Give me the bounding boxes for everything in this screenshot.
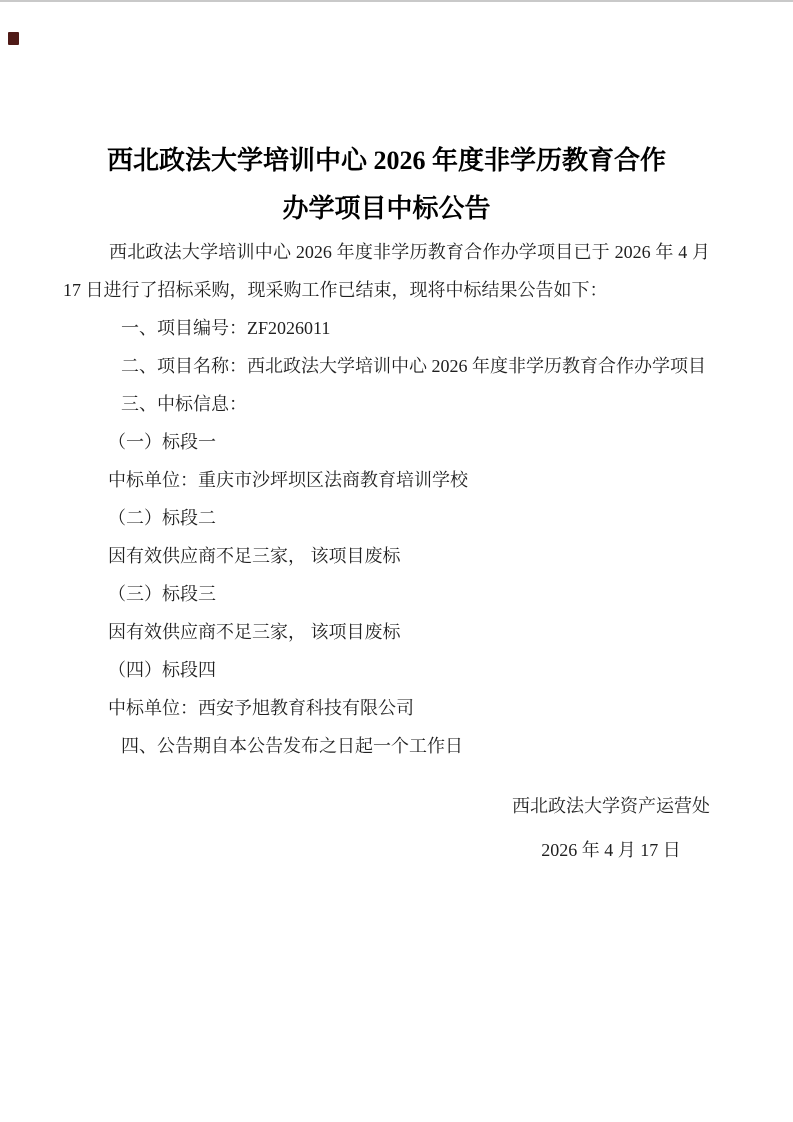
line-bid-info-heading: 三、中标信息： <box>63 385 710 423</box>
signature-organization: 西北政法大学资产运营处 <box>512 787 710 825</box>
signature-date: 2026 年 4 月 17 日 <box>512 831 710 869</box>
signature-block: 西北政法大学资产运营处 2026 年 4 月 17 日 <box>63 787 710 869</box>
line-section-2: （二）标段二 <box>63 499 710 537</box>
line-section-3-result: 因有效供应商不足三家， 该项目废标 <box>63 613 710 651</box>
line-section-4-winner: 中标单位：西安予旭教育科技有限公司 <box>63 689 710 727</box>
document-header: 西北政法大学培训中心 2026 年度非学历教育合作 办学项目中标公告 <box>63 137 710 233</box>
document-title: 西北政法大学培训中心 2026 年度非学历教育合作 办学项目中标公告 <box>63 137 710 233</box>
line-project-name: 二、项目名称：西北政法大学培训中心 2026 年度非学历教育合作办学项目 <box>63 347 710 385</box>
line-section-1-winner: 中标单位：重庆市沙坪坝区法商教育培训学校 <box>63 461 710 499</box>
document-page: 西北政法大学培训中心 2026 年度非学历教育合作 办学项目中标公告 西北政法大… <box>0 0 793 1122</box>
line-section-1: （一）标段一 <box>63 423 710 461</box>
title-line-1: 西北政法大学培训中心 2026 年度非学历教育合作 <box>63 137 710 185</box>
document-body: 西北政法大学培训中心 2026 年度非学历教育合作办学项目已于 2026 年 4… <box>63 233 710 765</box>
intro-paragraph: 西北政法大学培训中心 2026 年度非学历教育合作办学项目已于 2026 年 4… <box>63 233 710 309</box>
line-project-number: 一、项目编号：ZF2026011 <box>63 309 710 347</box>
scan-corner-mark <box>8 32 19 45</box>
line-section-4: （四）标段四 <box>63 651 710 689</box>
line-section-3: （三）标段三 <box>63 575 710 613</box>
signature-inner: 西北政法大学资产运营处 2026 年 4 月 17 日 <box>512 787 710 869</box>
line-section-2-result: 因有效供应商不足三家， 该项目废标 <box>63 537 710 575</box>
title-line-2: 办学项目中标公告 <box>63 185 710 233</box>
line-announcement-period: 四、公告期自本公告发布之日起一个工作日 <box>63 727 710 765</box>
